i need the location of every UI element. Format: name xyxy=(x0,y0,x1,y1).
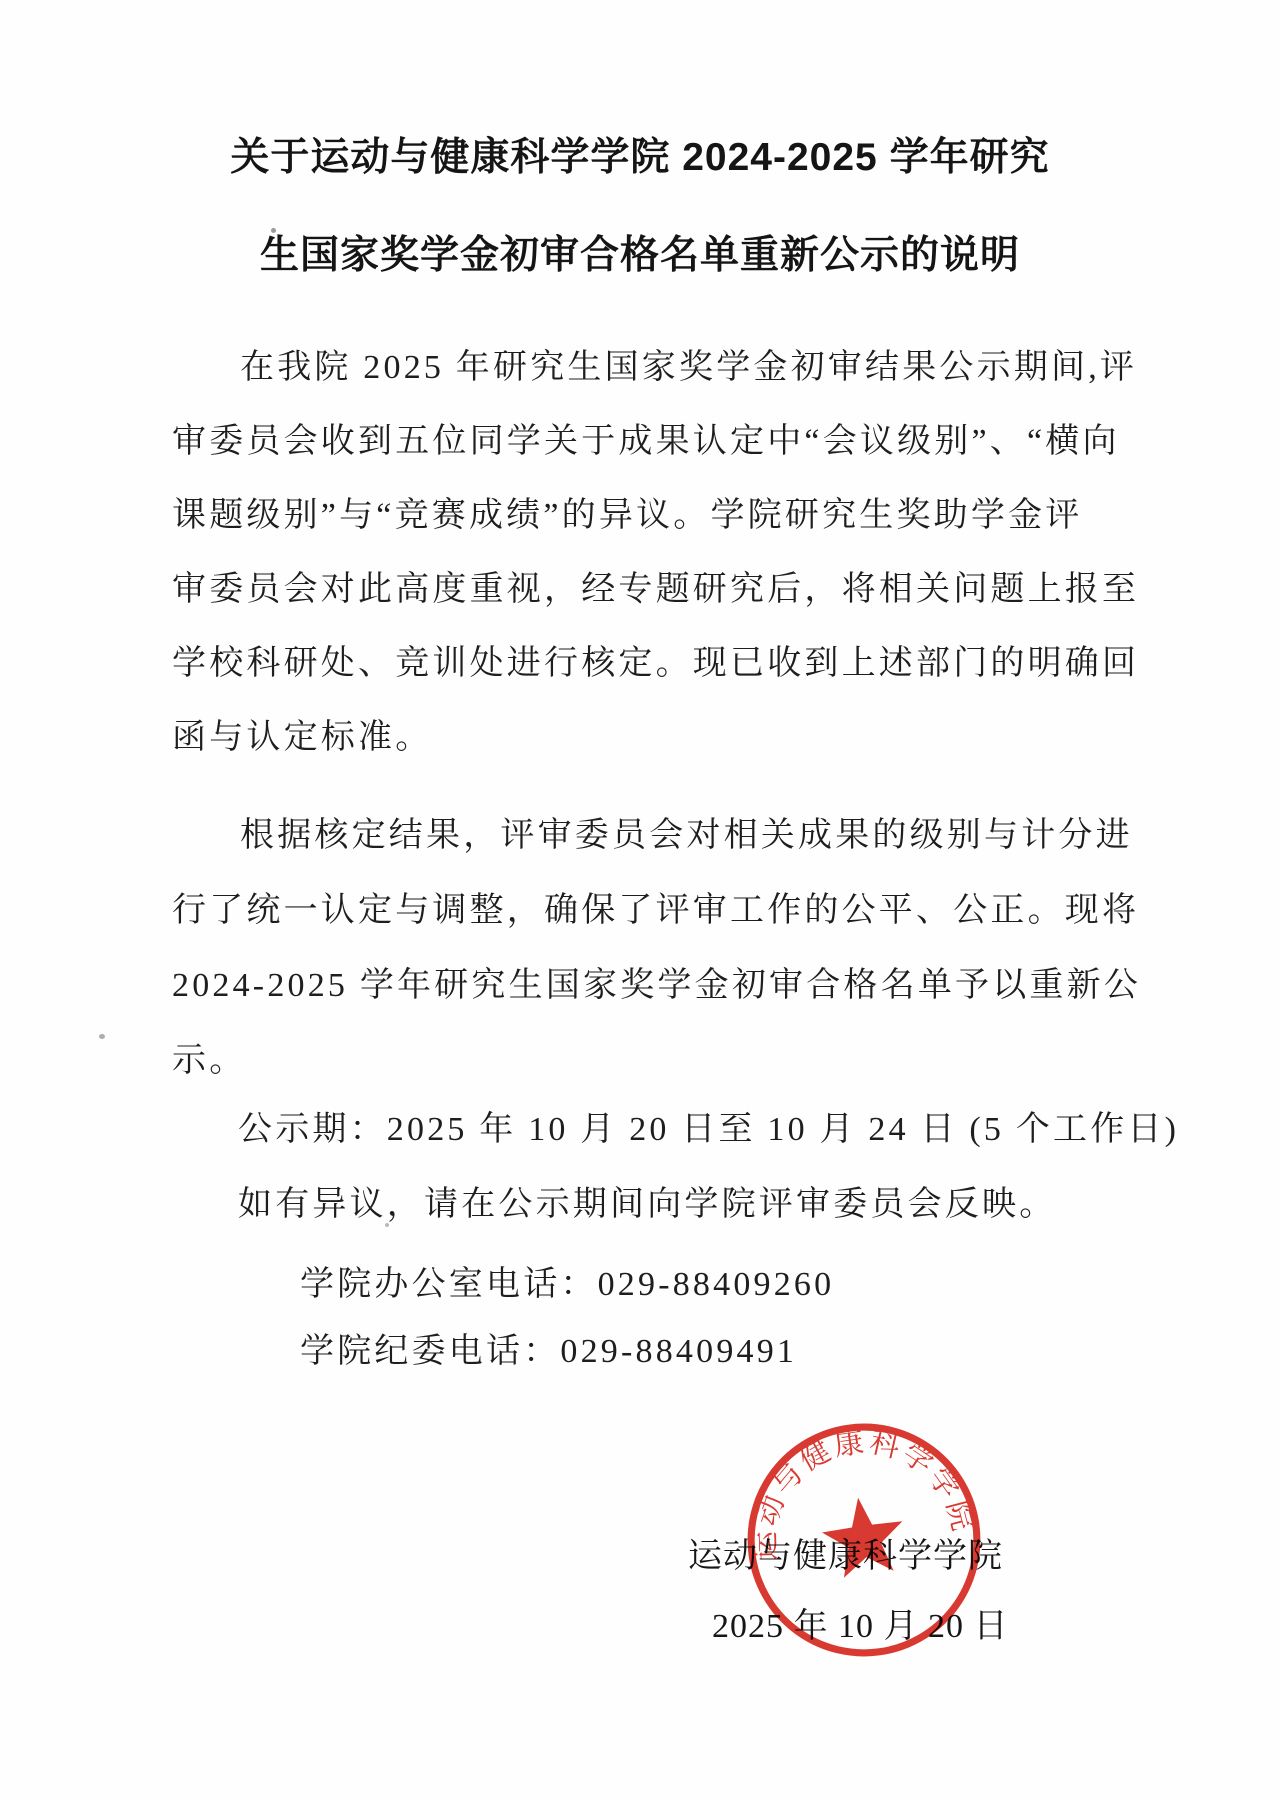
document-title-line-1: 关于运动与健康科学学院 2024-2025 学年研究 xyxy=(130,128,1150,188)
paragraph-2: 根据核定结果，评审委员会对相关成果的级别与计分进 行了统一认定与调整，确保了评审… xyxy=(172,798,1110,1098)
office-phone-line: 学院办公室电话：029-88409260 xyxy=(172,1248,834,1322)
paragraph-1: 在我院 2025 年研究生国家奖学金初审结果公示期间,评 审委员会收到五位同学关… xyxy=(172,331,1110,775)
text-line: 根据核定结果，评审委员会对相关成果的级别与计分进 xyxy=(172,798,1110,873)
text-line: 2024-2025 学年研究生国家奖学金初审合格名单予以重新公 xyxy=(172,948,1110,1023)
publicity-period-line: 公示期：2025 年 10 月 20 日至 10 月 24 日 (5 个工作日) xyxy=(172,1093,1179,1167)
text-line: 示。 xyxy=(172,1023,1110,1098)
scan-speck xyxy=(99,1034,105,1039)
text-line: 函与认定标准。 xyxy=(172,701,1110,775)
scan-speck xyxy=(385,1223,389,1227)
discipline-phone-line: 学院纪委电话：029-88409491 xyxy=(172,1315,797,1389)
objection-note-line: 如有异议，请在公示期间向学院评审委员会反映。 xyxy=(172,1168,1056,1242)
official-seal: 运动与健康科学学院 xyxy=(728,1404,999,1675)
document-page: 关于运动与健康科学学院 2024-2025 学年研究 生国家奖学金初审合格名单重… xyxy=(0,0,1280,1800)
text-line: 课题级别”与“竞赛成绩”的异议。学院研究生奖助学金评 xyxy=(172,479,1110,553)
document-title-line-2: 生国家奖学金初审合格名单重新公示的说明 xyxy=(130,226,1150,286)
scan-speck xyxy=(271,228,276,233)
text-line: 审委员会对此高度重视，经专题研究后，将相关问题上报至 xyxy=(172,553,1110,627)
text-line: 学校科研处、竞训处进行核定。现已收到上述部门的明确回 xyxy=(172,627,1110,701)
text-line: 行了统一认定与调整，确保了评审工作的公平、公正。现将 xyxy=(172,873,1110,948)
seal-star-icon xyxy=(818,1492,909,1580)
text-line: 审委员会收到五位同学关于成果认定中“会议级别”、“横向 xyxy=(172,405,1110,479)
text-line: 在我院 2025 年研究生国家奖学金初审结果公示期间,评 xyxy=(172,331,1110,405)
